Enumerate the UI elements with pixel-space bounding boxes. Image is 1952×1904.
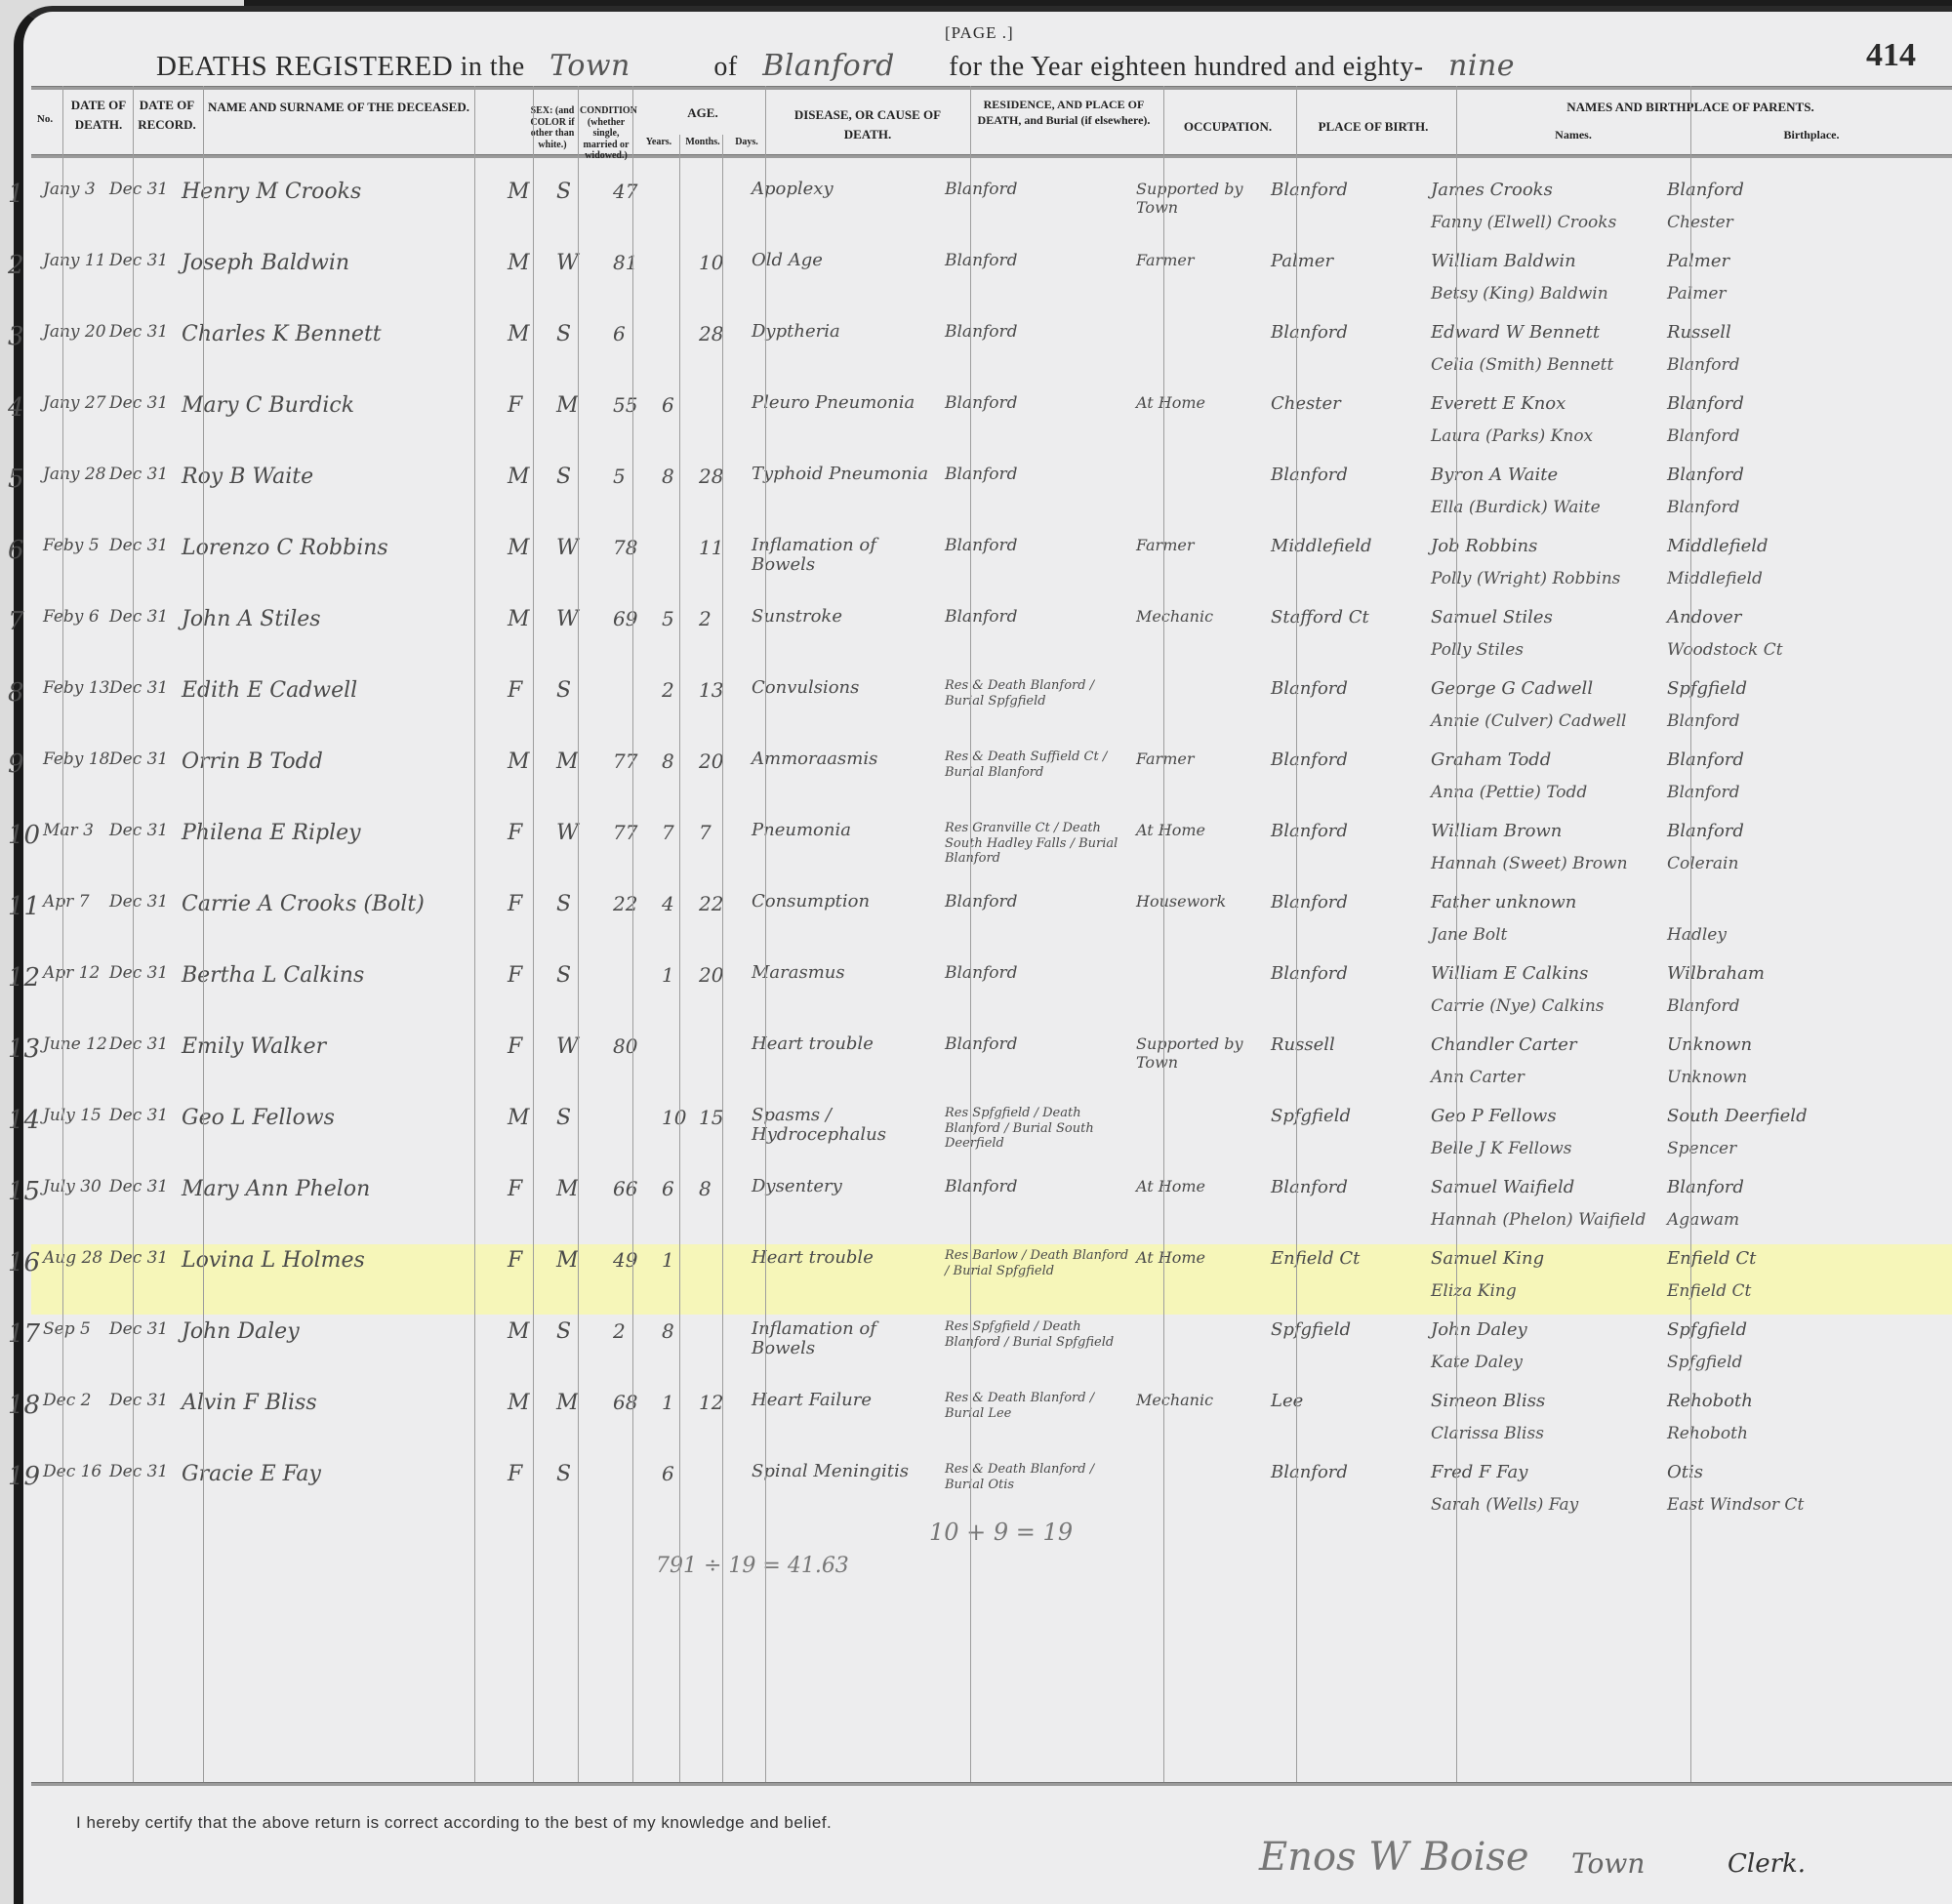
mother-birthplace: Hadley [1667, 925, 1727, 945]
residence: Blanford [945, 892, 1018, 911]
sex: F [508, 1034, 522, 1059]
residence: Blanford [945, 251, 1018, 270]
header-age-days: Days. [724, 137, 769, 148]
father-name: Samuel King [1431, 1248, 1544, 1269]
date-of-death: Jany 20 [43, 322, 106, 342]
place-of-birth: Chester [1271, 393, 1341, 414]
place-of-birth: Blanford [1271, 749, 1348, 770]
cause-of-death: Pneumonia [752, 821, 937, 840]
record-no: 16 [8, 1248, 40, 1277]
cause-of-death: Spasms / Hydrocephalus [752, 1106, 937, 1145]
date-of-death: July 30 [43, 1177, 102, 1196]
date-of-record: Dec 31 [109, 1248, 168, 1268]
date-of-record: Dec 31 [109, 393, 168, 413]
date-of-death: Feby 6 [43, 607, 100, 627]
age-days: 13 [699, 678, 723, 702]
place-of-birth: Lee [1271, 1391, 1303, 1411]
place-of-birth: Palmer [1271, 251, 1333, 271]
residence: Res Spfgfield / Death Blanford / Burial … [945, 1106, 1130, 1152]
residence: Blanford [945, 1034, 1018, 1054]
mother-name: Fanny (Elwell) Crooks [1431, 213, 1616, 232]
deceased-name: Mary Ann Phelon [182, 1177, 370, 1201]
date-of-death: Aug 28 [43, 1248, 102, 1268]
age-years: 22 [613, 892, 637, 915]
condition: M [556, 1248, 579, 1273]
condition: W [556, 251, 579, 275]
table-row[interactable]: 2Jany 11Dec 31Joseph BaldwinMW8110Old Ag… [31, 247, 1952, 317]
father-name: William E Calkins [1431, 963, 1588, 984]
average-age-annotation: 791 ÷ 19 = 41.63 [656, 1554, 849, 1578]
date-of-death: Feby 5 [43, 536, 100, 555]
mother-name: Kate Daley [1431, 1353, 1523, 1372]
header-place-of-birth: PLACE OF BIRTH. [1296, 117, 1450, 137]
father-birthplace: Wilbraham [1667, 963, 1765, 984]
occupation: Farmer [1136, 251, 1263, 269]
record-no: 18 [8, 1391, 40, 1420]
place-of-birth: Blanford [1271, 678, 1348, 699]
deceased-name: Lorenzo C Robbins [182, 536, 388, 560]
father-name: William Brown [1431, 821, 1562, 841]
record-no: 1 [8, 180, 24, 209]
sex: M [508, 465, 530, 489]
age-years: 78 [613, 536, 637, 559]
age-days: 22 [699, 892, 723, 915]
cause-of-death: Inflamation of Bowels [752, 1319, 937, 1358]
mother-birthplace: East Windsor Ct [1667, 1495, 1804, 1515]
mother-name: Hannah (Sweet) Brown [1431, 854, 1628, 873]
age-years: 6 [613, 322, 626, 345]
age-years: 55 [613, 393, 637, 417]
column-divider [533, 86, 534, 1782]
deceased-name: Edith E Cadwell [182, 678, 357, 703]
condition: S [556, 892, 571, 916]
deceased-name: Lovina L Holmes [182, 1248, 365, 1273]
occupation: At Home [1136, 821, 1263, 839]
place-of-birth: Blanford [1271, 1462, 1348, 1482]
date-of-death: Jany 11 [43, 251, 106, 270]
age-months: 5 [662, 607, 674, 630]
father-birthplace: Andover [1667, 607, 1741, 628]
mother-birthplace: Agawam [1667, 1210, 1739, 1230]
place-of-birth: Blanford [1271, 892, 1348, 912]
table-row[interactable]: 12Apr 12Dec 31Bertha L CalkinsFS120Maras… [31, 959, 1952, 1030]
age-years: 49 [613, 1248, 637, 1272]
sex: F [508, 678, 522, 703]
occupation: Farmer [1136, 749, 1263, 768]
mother-birthplace: Colerain [1667, 854, 1738, 873]
table-row[interactable]: 5Jany 28Dec 31Roy B WaiteMS5828Typhoid P… [31, 461, 1952, 531]
father-name: Father unknown [1431, 892, 1576, 912]
age-months: 1 [662, 1248, 674, 1272]
column-divider [1690, 86, 1691, 1782]
cause-of-death: Dyptheria [752, 322, 937, 342]
condition: S [556, 1106, 571, 1130]
mother-name: Celia (Smith) Bennett [1431, 355, 1613, 375]
date-of-death: Dec 2 [43, 1391, 91, 1410]
table-row[interactable]: 4Jany 27Dec 31Mary C BurdickFM556Pleuro … [31, 389, 1952, 460]
record-no: 13 [8, 1034, 40, 1064]
header-parents-birthplace: Birthplace. [1694, 129, 1929, 142]
mother-name: Laura (Parks) Knox [1431, 426, 1593, 446]
mother-birthplace: Spencer [1667, 1139, 1736, 1158]
certification-statement: I hereby certify that the above return i… [76, 1813, 832, 1833]
father-birthplace: South Deerfield [1667, 1106, 1808, 1126]
residence: Blanford [945, 180, 1018, 199]
mother-birthplace: Rehoboth [1667, 1424, 1748, 1443]
cause-of-death: Inflamation of Bowels [752, 536, 937, 575]
date-of-record: Dec 31 [109, 678, 168, 698]
record-no: 10 [8, 821, 40, 850]
residence: Blanford [945, 465, 1018, 484]
cause-of-death: Convulsions [752, 678, 937, 698]
page-number: 414 [1866, 37, 1916, 74]
date-of-record: Dec 31 [109, 1106, 168, 1125]
father-name: Fred F Fay [1431, 1462, 1527, 1482]
mother-birthplace: Middlefield [1667, 569, 1763, 588]
age-years: 5 [613, 465, 626, 488]
header-condition: CONDITION (whether single, married or wi… [580, 105, 632, 162]
mother-name: Ann Carter [1431, 1068, 1525, 1087]
age-days: 2 [699, 607, 712, 630]
sex: M [508, 536, 530, 560]
date-of-death: June 12 [43, 1034, 107, 1054]
mother-name: Polly (Wright) Robbins [1431, 569, 1620, 588]
date-of-death: Jany 27 [43, 393, 106, 413]
place-of-birth: Blanford [1271, 180, 1348, 200]
column-divider [578, 86, 579, 1782]
column-divider [133, 86, 134, 1782]
date-of-record: Dec 31 [109, 1462, 168, 1481]
condition: S [556, 180, 571, 204]
header-disease: DISEASE, OR CAUSE OF DEATH. [775, 105, 960, 143]
occupation: Supported by Town [1136, 180, 1263, 217]
deceased-name: Roy B Waite [182, 465, 313, 489]
table-top-rule [31, 86, 1952, 90]
father-name: Geo P Fellows [1431, 1106, 1557, 1126]
header-age-years: Years. [636, 137, 681, 148]
date-of-record: Dec 31 [109, 749, 168, 769]
father-birthplace: Spfgfield [1667, 678, 1747, 699]
residence: Blanford [945, 1177, 1018, 1196]
age-days: 10 [699, 251, 723, 274]
table-bottom-rule [31, 1782, 1952, 1786]
father-birthplace: Blanford [1667, 465, 1744, 485]
date-of-record: Dec 31 [109, 1034, 168, 1054]
clerk-signature: Enos W Boise [1259, 1835, 1529, 1880]
record-no: 15 [8, 1177, 40, 1206]
condition: S [556, 322, 571, 346]
mother-name: Hannah (Phelon) Waifield [1431, 1210, 1646, 1230]
age-years: 77 [613, 749, 637, 773]
cause-of-death: Spinal Meningitis [752, 1462, 937, 1481]
age-months: 8 [662, 465, 674, 488]
deceased-name: John Daley [182, 1319, 300, 1344]
occupation: At Home [1136, 1177, 1263, 1195]
cause-of-death: Heart trouble [752, 1248, 937, 1268]
cause-of-death: Typhoid Pneumonia [752, 465, 937, 484]
age-years: 2 [613, 1319, 626, 1343]
place-of-birth: Stafford Ct [1271, 607, 1369, 628]
table-row[interactable]: 3Jany 20Dec 31Charles K BennettMS628Dypt… [31, 318, 1952, 388]
mother-name: Polly Stiles [1431, 640, 1524, 660]
column-divider [765, 86, 766, 1782]
column-divider [203, 86, 204, 1782]
column-divider [1456, 86, 1457, 1782]
sex: F [508, 821, 522, 845]
column-divider [722, 135, 723, 1782]
father-birthplace: Enfield Ct [1667, 1248, 1756, 1269]
column-divider [1163, 86, 1164, 1782]
place-of-birth: Spfgfield [1271, 1319, 1351, 1340]
age-days: 20 [699, 963, 723, 987]
header-bottom-rule [31, 154, 1952, 158]
age-days: 28 [699, 465, 723, 488]
deceased-name: Joseph Baldwin [182, 251, 349, 275]
condition: S [556, 1319, 571, 1344]
date-of-record: Dec 31 [109, 251, 168, 270]
table-row[interactable]: 18Dec 2Dec 31Alvin F BlissMM68112Heart F… [31, 1387, 1952, 1457]
age-months: 2 [662, 678, 674, 702]
cause-of-death: Heart Failure [752, 1391, 937, 1410]
record-no: 5 [8, 465, 24, 494]
header-no: No. [31, 111, 59, 128]
sex: M [508, 1106, 530, 1130]
mother-name: Annie (Culver) Cadwell [1431, 711, 1626, 731]
header-name: NAME AND SURNAME OF THE DECEASED. [207, 98, 470, 117]
table-row[interactable]: 10Mar 3Dec 31Philena E RipleyFW7777Pneum… [31, 817, 1952, 887]
sex: F [508, 393, 522, 418]
table-row[interactable]: 13June 12Dec 31Emily WalkerFW80Heart tro… [31, 1031, 1952, 1101]
cause-of-death: Consumption [752, 892, 937, 911]
place-of-birth: Blanford [1271, 1177, 1348, 1197]
father-name: Samuel Waifield [1431, 1177, 1574, 1197]
residence: Res & Death Suffield Ct / Burial Blanfor… [945, 749, 1130, 780]
age-months: 10 [662, 1106, 686, 1129]
column-divider [632, 86, 633, 1782]
occupation: Mechanic [1136, 1391, 1263, 1409]
sex: M [508, 1391, 530, 1415]
table-row[interactable]: 7Feby 6Dec 31John A StilesMW6952Sunstrok… [31, 603, 1952, 673]
header-age: AGE. [636, 103, 769, 123]
table-row[interactable]: 1Jany 3Dec 31Henry M CrooksMS47ApoplexyB… [31, 176, 1952, 246]
header-date-of-record: DATE OF RECORD. [133, 96, 201, 134]
residence: Res Spfgfield / Death Blanford / Burial … [945, 1319, 1130, 1350]
occupation: Supported by Town [1136, 1034, 1263, 1072]
table-row[interactable]: 17Sep 5Dec 31John DaleyMS28Inflamation o… [31, 1316, 1952, 1386]
age-days: 12 [699, 1391, 723, 1414]
occupation: At Home [1136, 1248, 1263, 1267]
place-of-birth: Enfield Ct [1271, 1248, 1360, 1269]
father-name: Simeon Bliss [1431, 1391, 1545, 1411]
age-months: 1 [662, 1391, 674, 1414]
father-name: Job Robbins [1431, 536, 1537, 556]
place-of-birth: Russell [1271, 1034, 1335, 1055]
age-months: 4 [662, 892, 674, 915]
father-birthplace: Unknown [1667, 1034, 1752, 1055]
record-no: 19 [8, 1462, 40, 1491]
date-of-death: Apr 7 [43, 892, 90, 911]
deceased-name: Carrie A Crooks (Bolt) [182, 892, 425, 916]
table-row[interactable]: 6Feby 5Dec 31Lorenzo C RobbinsMW7811Infl… [31, 532, 1952, 602]
record-no: 14 [8, 1106, 40, 1135]
header-age-months: Months. [681, 137, 724, 148]
cause-of-death: Old Age [752, 251, 937, 270]
age-years: 69 [613, 607, 637, 630]
place-of-birth: Middlefield [1271, 536, 1372, 556]
mother-birthplace: Palmer [1667, 284, 1727, 304]
age-months: 7 [662, 821, 674, 844]
age-years: 81 [613, 251, 637, 274]
residence: Blanford [945, 393, 1018, 413]
sex: F [508, 1248, 522, 1273]
age-years: 47 [613, 180, 637, 203]
age-months: 6 [662, 393, 674, 417]
page-label: [PAGE .] [945, 23, 1014, 43]
deceased-name: Philena E Ripley [182, 821, 361, 845]
father-name: John Daley [1431, 1319, 1527, 1340]
record-no: 17 [8, 1319, 40, 1349]
condition: W [556, 1034, 579, 1059]
age-months: 6 [662, 1462, 674, 1485]
age-years: 80 [613, 1034, 637, 1058]
mother-birthplace: Blanford [1667, 783, 1740, 802]
date-of-record: Dec 31 [109, 892, 168, 911]
date-of-death: Sep 5 [43, 1319, 91, 1339]
clerk-title: Clerk. [1728, 1849, 1806, 1879]
header-parents-names: Names. [1456, 129, 1690, 142]
deceased-name: Charles K Bennett [182, 322, 382, 346]
header-date-of-death: DATE OF DEATH. [64, 96, 133, 134]
table-row[interactable]: 16Aug 28Dec 31Lovina L HolmesFM491Heart … [31, 1244, 1952, 1315]
table-row[interactable]: 15July 30Dec 31Mary Ann PhelonFM6668Dyse… [31, 1173, 1952, 1243]
cause-of-death: Heart trouble [752, 1034, 937, 1054]
sex: F [508, 963, 522, 988]
place-of-birth: Blanford [1271, 821, 1348, 841]
condition: S [556, 963, 571, 988]
cause-of-death: Ammoraasmis [752, 749, 937, 769]
date-of-record: Dec 31 [109, 1391, 168, 1410]
condition: M [556, 1177, 579, 1201]
condition: S [556, 1462, 571, 1486]
mother-name: Eliza King [1431, 1281, 1517, 1301]
deceased-name: Bertha L Calkins [182, 963, 364, 988]
age-months: 1 [662, 963, 674, 987]
place-of-birth: Blanford [1271, 465, 1348, 485]
residence: Res Barlow / Death Blanford / Burial Spf… [945, 1248, 1130, 1278]
age-days: 7 [699, 821, 712, 844]
father-name: James Crooks [1431, 180, 1553, 200]
table-row[interactable]: 8Feby 13Dec 31Edith E CadwellFS213Convul… [31, 674, 1952, 745]
condition: M [556, 393, 579, 418]
age-years: 77 [613, 821, 637, 844]
residence: Res & Death Blanford / Burial Spfgfield [945, 678, 1130, 709]
father-birthplace: Russell [1667, 322, 1731, 343]
column-divider [970, 86, 971, 1782]
age-days: 28 [699, 322, 723, 345]
table-row[interactable]: 11Apr 7Dec 31Carrie A Crooks (Bolt)FS224… [31, 888, 1952, 958]
residence: Blanford [945, 607, 1018, 627]
header-occupation: OCCUPATION. [1163, 117, 1292, 137]
mother-name: Sarah (Wells) Fay [1431, 1495, 1578, 1515]
father-birthplace: Blanford [1667, 821, 1744, 841]
father-birthplace: Blanford [1667, 749, 1744, 770]
father-name: William Baldwin [1431, 251, 1576, 271]
deceased-name: Geo L Fellows [182, 1106, 335, 1130]
register-table: No. DATE OF DEATH. DATE OF RECORD. NAME … [31, 78, 1952, 1784]
date-of-death: Mar 3 [43, 821, 94, 840]
record-no: 3 [8, 322, 24, 351]
age-days: 15 [699, 1106, 723, 1129]
residence: Res Granville Ct / Death South Hadley Fa… [945, 821, 1130, 867]
sex: M [508, 322, 530, 346]
mother-birthplace: Blanford [1667, 996, 1740, 1016]
father-birthplace: Palmer [1667, 251, 1729, 271]
record-no: 9 [8, 749, 24, 779]
date-of-death: Dec 16 [43, 1462, 102, 1481]
sex: M [508, 749, 530, 774]
age-months: 8 [662, 1319, 674, 1343]
mother-name: Clarissa Bliss [1431, 1424, 1544, 1443]
column-divider [1296, 86, 1297, 1782]
father-birthplace: Middlefield [1667, 536, 1769, 556]
header-sex: SEX: (and COLOR if other than white.) [527, 105, 578, 150]
date-of-death: Apr 12 [43, 963, 100, 983]
mother-birthplace: Blanford [1667, 426, 1740, 446]
mother-name: Betsy (King) Baldwin [1431, 284, 1608, 304]
table-row[interactable]: 9Feby 18Dec 31Orrin B ToddMM77820Ammoraa… [31, 746, 1952, 816]
header-residence: RESIDENCE, AND PLACE OF DEATH, and Buria… [970, 98, 1158, 128]
record-no: 7 [8, 607, 24, 636]
age-years: 66 [613, 1177, 637, 1200]
column-divider [679, 135, 680, 1782]
mother-name: Jane Bolt [1431, 925, 1507, 945]
father-birthplace: Spfgfield [1667, 1319, 1747, 1340]
date-of-record: Dec 31 [109, 1319, 168, 1339]
mother-birthplace: Blanford [1667, 498, 1740, 517]
condition: M [556, 1391, 579, 1415]
father-name: Everett E Knox [1431, 393, 1566, 414]
deceased-name: Mary C Burdick [182, 393, 354, 418]
sex: F [508, 1177, 522, 1201]
occupation: At Home [1136, 393, 1263, 412]
date-of-record: Dec 31 [109, 821, 168, 840]
record-no: 8 [8, 678, 24, 708]
mother-birthplace: Spfgfield [1667, 1353, 1742, 1372]
date-of-record: Dec 31 [109, 322, 168, 342]
sex: F [508, 892, 522, 916]
condition: W [556, 821, 579, 845]
date-of-record: Dec 31 [109, 465, 168, 484]
table-row[interactable]: 14July 15Dec 31Geo L FellowsMS1015Spasms… [31, 1102, 1952, 1172]
date-of-record: Dec 31 [109, 180, 168, 199]
cause-of-death: Sunstroke [752, 607, 937, 627]
record-no: 12 [8, 963, 40, 993]
date-of-death: July 15 [43, 1106, 102, 1125]
residence: Blanford [945, 322, 1018, 342]
father-name: Byron A Waite [1431, 465, 1558, 485]
date-of-record: Dec 31 [109, 1177, 168, 1196]
date-of-death: Jany 28 [43, 465, 106, 484]
age-years: 68 [613, 1391, 637, 1414]
date-of-death: Jany 3 [43, 180, 96, 199]
cause-of-death: Pleuro Pneumonia [752, 393, 937, 413]
date-of-death: Feby 13 [43, 678, 109, 698]
mother-birthplace: Chester [1667, 213, 1733, 232]
cause-of-death: Dysentery [752, 1177, 937, 1196]
cause-of-death: Marasmus [752, 963, 937, 983]
occupation: Housework [1136, 892, 1263, 911]
condition: W [556, 607, 579, 631]
